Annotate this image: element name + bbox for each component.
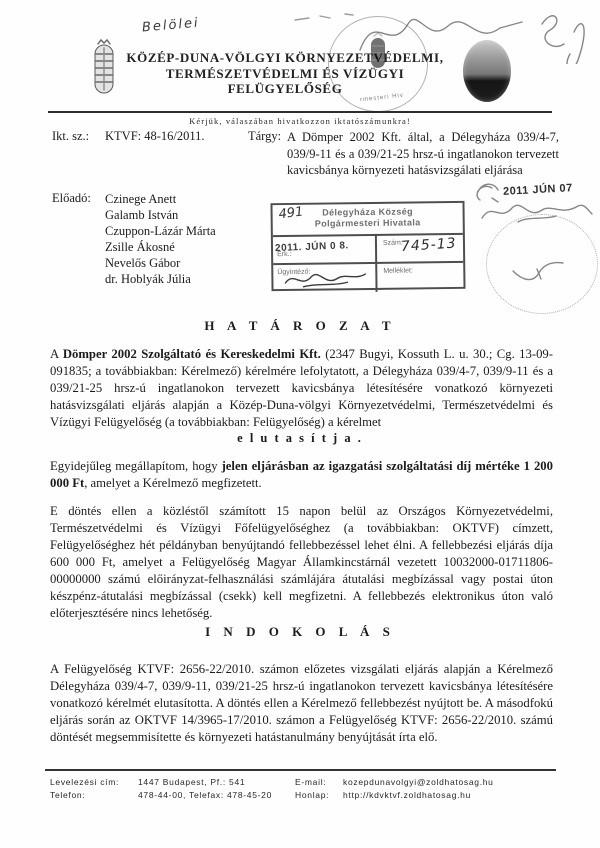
appeal-paragraph: E döntés ellen a közléstől számított 15 … <box>50 503 553 622</box>
email-value: kozepdunavolgyi@zoldhatosag.hu <box>343 776 494 789</box>
p1-pre: A <box>50 347 63 361</box>
case-officers-label: Előadó: <box>52 191 91 206</box>
subject-value: A Dömper 2002 Kft. által, a Délegyháza 0… <box>287 129 559 179</box>
website-value: http://kdvktvf.zoldhatosag.hu <box>343 789 471 802</box>
phone-label: Telefon: <box>50 789 138 802</box>
handwritten-annotation: Belölei <box>141 16 200 36</box>
email-label: E-mail: <box>295 776 343 789</box>
decision-paragraph-2: Egyidejűleg megállapítom, hogy jelen elj… <box>50 458 553 492</box>
p2-rest: , amelyet a Kérelmező megfizetett. <box>84 476 262 490</box>
footer-right-column: E-mail: kozepdunavolgyi@zoldhatosag.hu H… <box>295 776 560 802</box>
stamp-row-clerk: Ügyintéző: Melléklet: <box>273 261 463 293</box>
case-officer-name: Czinege Anett <box>105 191 216 207</box>
receiving-office-line2: Polgármesteri Hivatala <box>273 217 463 230</box>
decision-heading: H A T Á R O Z A T <box>0 318 600 334</box>
receiving-office: Délegyháza Község Polgármesteri Hivatala <box>273 206 463 230</box>
website-label: Honlap: <box>295 789 343 802</box>
decision-paragraph-1: A Dömper 2002 Szolgáltató és Kereskedelm… <box>50 346 553 431</box>
case-officer-name: Zsille Ákosné <box>105 239 216 255</box>
handwritten-number-value: 745-13 <box>401 235 458 255</box>
case-officer-name: Nevelős Gábor <box>105 255 216 271</box>
handwriting-scrawl-icon <box>290 2 600 64</box>
applicant-company-name: Dömper 2002 Szolgáltató és Kereskedelmi … <box>63 347 321 361</box>
clerk-signature-icon <box>281 266 373 295</box>
footer-divider <box>45 769 556 771</box>
header-divider <box>48 111 552 113</box>
case-officer-name: Czuppon-Lázár Márta <box>105 223 216 239</box>
received-stamp-box: 491 Délegyháza Község Polgármesteri Hiva… <box>270 201 465 291</box>
p2-pre: Egyidejűleg megállapítom, hogy <box>50 459 222 473</box>
case-officer-name: Galamb István <box>105 207 216 223</box>
subject-label: Tárgy: <box>248 129 281 144</box>
justification-heading: I N D O K O L Á S <box>0 624 600 640</box>
file-number-value: KTVF: 48-16/2011. <box>105 129 205 144</box>
reference-note: Kérjük, válaszában hivatkozzon iktatószá… <box>0 116 600 126</box>
stamp-check-mark-icon <box>505 245 575 285</box>
case-officers-list: Czinege Anett Galamb István Czuppon-Lázá… <box>105 191 216 287</box>
case-officer-name: dr. Hoblyák Júlia <box>105 271 216 287</box>
document-page: KÖZÉP-DUNA-VÖLGYI KÖRNYEZETVÉDELMI, TERM… <box>0 0 600 848</box>
file-number-label: Ikt. sz.: <box>52 129 89 144</box>
round-stamp-text: rmesteri Hiv <box>343 91 421 105</box>
attachment-label: Melléklet: <box>383 267 413 274</box>
faint-round-stamp <box>486 214 598 314</box>
stamp-row-received: Érk.: 2011. JÚN 0 8. Szám: 745-13 <box>273 233 463 263</box>
footer-left-column: Levelezési cím: 1447 Budapest, Pf.: 541 … <box>50 776 295 802</box>
received-date-stamp: 2011. JÚN 0 8. <box>275 240 349 254</box>
address-value: 1447 Budapest, Pf.: 541 <box>138 776 245 789</box>
justification-paragraph: A Felügyelőség KTVF: 2656-22/2010. számo… <box>50 661 553 746</box>
phone-value: 478-44-00, Telefax: 478-45-20 <box>138 789 272 802</box>
verdict-text: e l u t a s í t j a . <box>0 431 600 446</box>
address-label: Levelezési cím: <box>50 776 138 789</box>
